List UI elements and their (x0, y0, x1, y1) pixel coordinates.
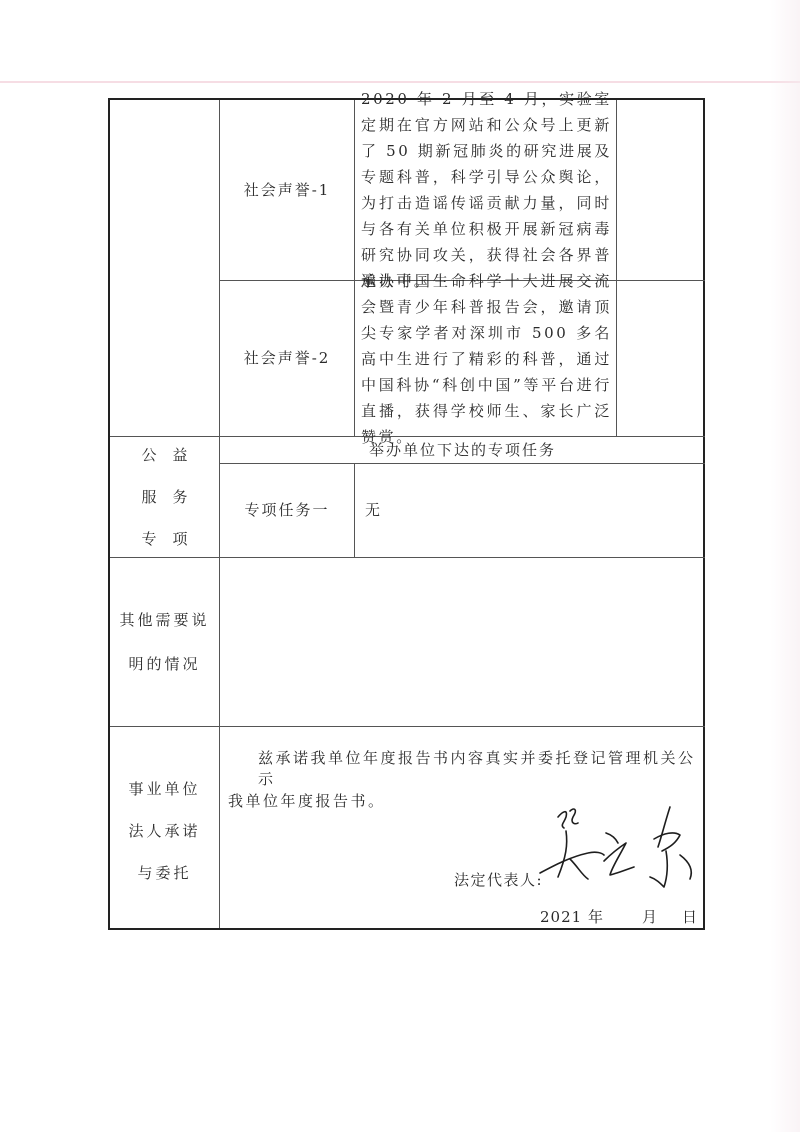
date-year: 2021 年 (540, 906, 604, 927)
reputation-2-extra (617, 281, 705, 436)
legal-promise-label-line: 事业单位 (128, 768, 200, 810)
special-task-1-label: 专项任务一 (220, 464, 354, 557)
legal-promise-label-line: 与委托 (137, 852, 191, 894)
public-service-label: 公益 服务 专项 (110, 437, 219, 557)
other-notes-label-line: 其他需要说 (119, 598, 209, 642)
legal-promise-label-line: 法人承诺 (128, 810, 200, 852)
reputation-1-content: 2020 年 2 月至 4 月，实验室定期在官方网站和公众号上更新了 50 期新… (355, 100, 616, 280)
reputation-2-content: 承办中国生命科学十大进展交流会暨青少年科普报告会，邀请顶尖专家学者对深圳市 50… (355, 281, 616, 436)
reputation-1-label: 社会声誉-1 (220, 100, 354, 280)
special-task-1-value: 无 (355, 464, 705, 557)
scan-top-stripe (0, 81, 800, 83)
promise-statement-line-2: 我单位年度报告书。 (228, 790, 386, 811)
promise-statement-line-1: 兹承诺我单位年度报告书内容真实并委托登记管理机关公示 (258, 747, 703, 789)
reputation-2-label: 社会声誉-2 (220, 281, 354, 436)
annual-report-table: 社会声誉-1 2020 年 2 月至 4 月，实验室定期在官方网站和公众号上更新… (108, 98, 705, 930)
other-notes-content (220, 558, 705, 726)
other-notes-label-line: 明的情况 (128, 642, 200, 686)
public-service-label-line: 服务 (125, 476, 203, 518)
date-month: 月 (642, 906, 660, 927)
public-service-label-line: 公益 (125, 434, 203, 476)
special-task-header: 举办单位下达的专项任务 (220, 437, 705, 463)
date-day: 日 (682, 906, 700, 927)
legal-promise-label: 事业单位 法人承诺 与委托 (110, 727, 219, 928)
reputation-1-extra (617, 100, 705, 280)
other-notes-label: 其他需要说 明的情况 (110, 558, 219, 726)
signature-image (530, 795, 705, 895)
scan-edge-shade (770, 0, 800, 1132)
public-service-label-line: 专项 (125, 518, 203, 560)
